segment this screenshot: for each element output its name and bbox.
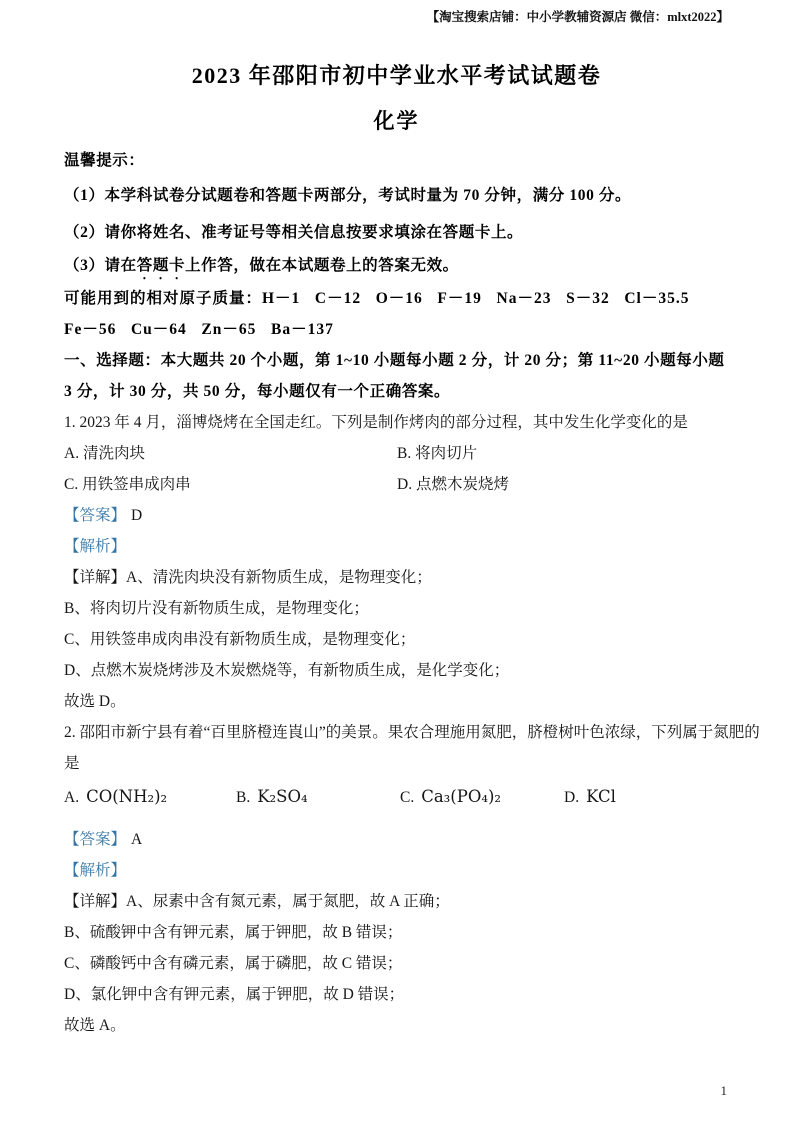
option-d-formula: KCl bbox=[586, 787, 616, 806]
section-heading-line-1: 一、选择题：本大题共 20 个小题，第 1~10 小题每小题 2 分，计 20 … bbox=[64, 345, 729, 376]
option-a-label: A. bbox=[64, 789, 79, 806]
question-2-option-a: A.CO(NH₂)₂ bbox=[64, 779, 236, 816]
notice-tip-1: （1）本学科试卷分试题卷和答题卡两部分，考试时量为 70 分钟，满分 100 分… bbox=[64, 180, 729, 211]
analysis-label: 【解析】 bbox=[64, 862, 126, 879]
shop-watermark-note: 【淘宝搜索店铺：中小学教辅资源店 微信：mlxt2022】 bbox=[64, 8, 729, 26]
question-2-options-row: A.CO(NH₂)₂ B.K₂SO₄ C.Ca₃(PO₄)₂ D.KCl bbox=[64, 779, 729, 816]
option-a-formula: CO(NH₂)₂ bbox=[86, 787, 167, 806]
option-d-label: D. bbox=[564, 789, 579, 806]
question-1-stem: 1. 2023 年 4 月，淄博烧烤在全国走红。下列是制作烤肉的部分过程，其中发… bbox=[64, 407, 729, 438]
option-b-label: B. bbox=[236, 789, 250, 806]
question-2-answer-row: 【答案】A bbox=[64, 824, 729, 855]
option-c-formula: Ca₃(PO₄)₂ bbox=[421, 787, 501, 806]
notice-heading: 温馨提示： bbox=[64, 148, 729, 174]
question-2-detail-a: 【详解】A、尿素中含有氮元素，属于氮肥，故 A 正确； bbox=[64, 886, 729, 917]
question-1-detail-b: B、将肉切片没有新物质生成，是物理变化； bbox=[64, 593, 729, 624]
question-2-option-d: D.KCl bbox=[564, 779, 729, 816]
notice-tip-3: （3）请在答题卡上作答，做在本试题卷上的答案无效。 bbox=[64, 250, 729, 283]
question-1-detail-c: C、用铁签串成肉串没有新物质生成，是物理变化； bbox=[64, 624, 729, 655]
section-heading-line-2: 3 分，计 30 分，共 50 分，每小题仅有一个正确答案。 bbox=[64, 376, 729, 407]
page-number: 1 bbox=[721, 1083, 728, 1099]
question-1-answer-row: 【答案】D bbox=[64, 500, 729, 531]
analysis-label: 【解析】 bbox=[64, 538, 126, 555]
question-1-option-d: D. 点燃木炭烧烤 bbox=[397, 469, 729, 500]
question-1-answer-value: D bbox=[131, 507, 142, 524]
question-2-detail-d: D、氯化钾中含有钾元素，属于钾肥，故 D 错误； bbox=[64, 979, 729, 1010]
question-1-detail-a: 【详解】A、清洗肉块没有新物质生成，是物理变化； bbox=[64, 562, 729, 593]
question-1-conclusion: 故选 D。 bbox=[64, 686, 729, 717]
option-c-label: C. bbox=[400, 789, 414, 806]
question-2-stem-line-2: 是 bbox=[64, 748, 729, 779]
tip3-prefix: （3）请在 bbox=[64, 257, 137, 274]
option-b-formula: K₂SO₄ bbox=[257, 787, 307, 806]
exam-document-page: 【淘宝搜索店铺：中小学教辅资源店 微信：mlxt2022】 2023 年邵阳市初… bbox=[0, 0, 793, 1122]
question-1-options-row-1: A. 清洗肉块 B. 将肉切片 bbox=[64, 438, 729, 469]
question-2-analysis-row: 【解析】 bbox=[64, 855, 729, 886]
question-1-options-row-2: C. 用铁签串成肉串 D. 点燃木炭烧烤 bbox=[64, 469, 729, 500]
question-1-detail-d: D、点燃木炭烧烤涉及木炭燃烧等，有新物质生成，是化学变化； bbox=[64, 655, 729, 686]
question-1-option-a: A. 清洗肉块 bbox=[64, 438, 397, 469]
question-2-answer-value: A bbox=[131, 831, 142, 848]
question-2-detail-b: B、硫酸钾中含有钾元素，属于钾肥，故 B 错误； bbox=[64, 917, 729, 948]
question-1-option-c: C. 用铁签串成肉串 bbox=[64, 469, 397, 500]
question-2-option-c: C.Ca₃(PO₄)₂ bbox=[400, 779, 564, 816]
atomic-masses-line-2: Fe－56 Cu－64 Zn－65 Ba－137 bbox=[64, 314, 729, 345]
doc-title: 2023 年邵阳市初中学业水平考试试题卷 bbox=[64, 60, 729, 92]
atomic-masses-line-1: 可能用到的相对原子质量：H－1 C－12 O－16 F－19 Na－23 S－3… bbox=[64, 283, 729, 314]
question-2-conclusion: 故选 A。 bbox=[64, 1010, 729, 1041]
question-2-detail-c: C、磷酸钙中含有磷元素，属于磷肥，故 C 错误； bbox=[64, 948, 729, 979]
answer-label: 【答案】 bbox=[64, 831, 126, 848]
answer-label: 【答案】 bbox=[64, 507, 126, 524]
question-2-option-b: B.K₂SO₄ bbox=[236, 779, 400, 816]
tip3-suffix: 上作答，做在本试题卷上的答案无效。 bbox=[185, 257, 459, 274]
doc-subject: 化学 bbox=[64, 106, 729, 136]
notice-tip-2: （2）请你将姓名、准考证号等相关信息按要求填涂在答题卡上。 bbox=[64, 217, 729, 248]
tip3-emphasized-text: 答题卡 bbox=[137, 257, 185, 274]
question-2-stem-line-1: 2. 邵阳市新宁县有着“百里脐橙连崀山”的美景。果农合理施用氮肥，脐橙树叶色浓绿… bbox=[64, 717, 729, 748]
question-1-analysis-row: 【解析】 bbox=[64, 531, 729, 562]
question-1-option-b: B. 将肉切片 bbox=[397, 438, 729, 469]
